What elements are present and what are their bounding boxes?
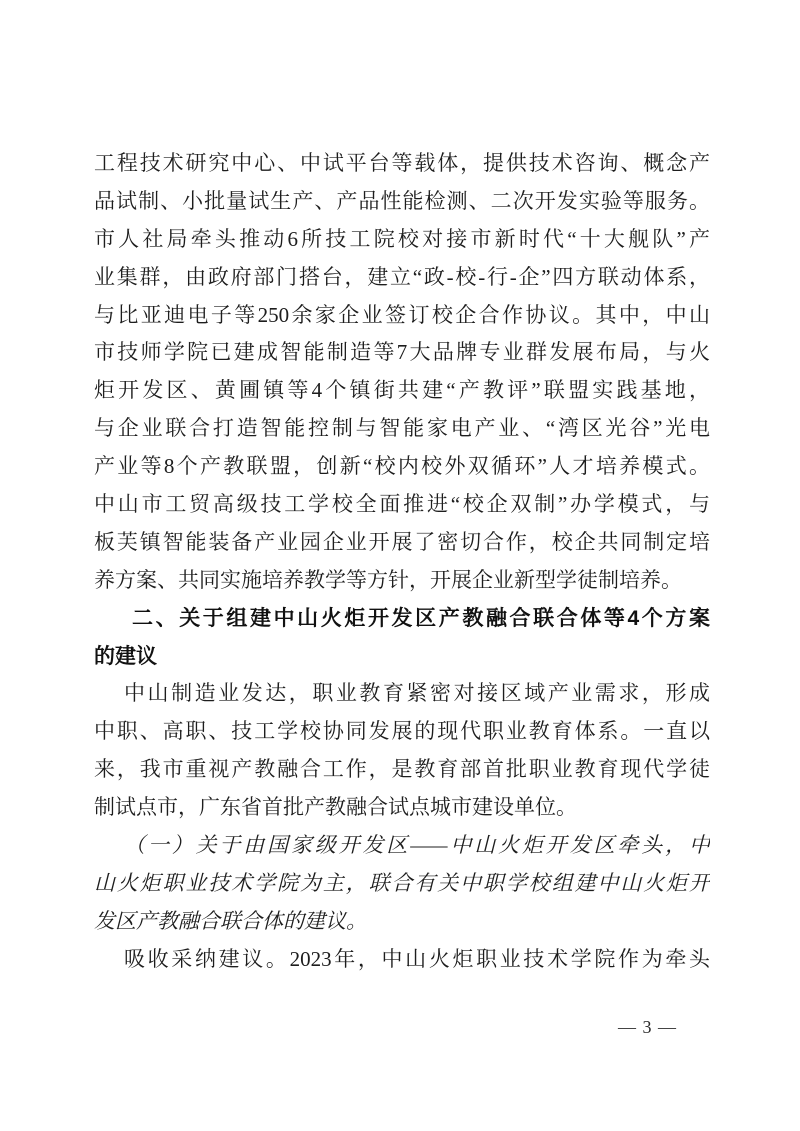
- text-line: 中山市工贸高级技工学校全面推进“校企双制”办学模式，与: [94, 486, 710, 524]
- text-line: 工程技术研究中心、中试平台等载体，提供技术咨询、概念产: [94, 145, 710, 183]
- text-line: 产业等8个产教联盟，创新“校内校外双循环”人才培养模式。: [94, 448, 710, 486]
- text-line: 市人社局牵头推动6所技工院校对接市新时代“十大舰队”产: [94, 221, 710, 259]
- page-number: — 3 —: [618, 1017, 677, 1037]
- text-line: 中职、高职、技工学校协同发展的现代职业教育体系。一直以: [94, 713, 710, 751]
- document-page: 工程技术研究中心、中试平台等载体，提供技术咨询、概念产品试制、小批量试生产、产品…: [0, 0, 800, 1131]
- text-line: 炬开发区、黄圃镇等4个镇街共建“产教评”联盟实践基地，: [94, 372, 710, 410]
- section-heading-line: 的建议: [94, 638, 710, 676]
- text-line: 吸收采纳建议。2023年，中山火炬职业技术学院作为牵头: [94, 941, 710, 979]
- text-line: 品试制、小批量试生产、产品性能检测、二次开发实验等服务。: [94, 183, 710, 221]
- text-line: （一）关于由国家级开发区——中山火炬开发区牵头，中: [94, 827, 710, 865]
- text-line: 来，我市重视产教融合工作，是教育部首批职业教育现代学徒: [94, 751, 710, 789]
- text-line: 发区产教融合联合体的建议。: [94, 903, 710, 941]
- text-line: 市技师学院已建成智能制造等7大品牌专业群发展布局，与火: [94, 334, 710, 372]
- text-line: 与企业联合打造智能控制与智能家电产业、“湾区光谷”光电: [94, 410, 710, 448]
- text-line: 板芙镇智能装备产业园企业开展了密切合作，校企共同制定培: [94, 524, 710, 562]
- text-line: 养方案、共同实施培养教学等方针，开展企业新型学徒制培养。: [94, 562, 710, 600]
- document-body: 工程技术研究中心、中试平台等载体，提供技术咨询、概念产品试制、小批量试生产、产品…: [94, 145, 710, 979]
- text-line: 与比亚迪电子等250余家企业签订校企合作协议。其中，中山: [94, 297, 710, 335]
- text-line: 制试点市，广东省首批产教融合试点城市建设单位。: [94, 789, 710, 827]
- text-line: 山火炬职业技术学院为主，联合有关中职学校组建中山火炬开: [94, 865, 710, 903]
- text-line: 中山制造业发达，职业教育紧密对接区域产业需求，形成: [94, 675, 710, 713]
- text-line: 业集群，由政府部门搭台，建立“政-校-行-企”四方联动体系，: [94, 259, 710, 297]
- section-heading-line: 二、关于组建中山火炬开发区产教融合联合体等4个方案: [94, 600, 710, 638]
